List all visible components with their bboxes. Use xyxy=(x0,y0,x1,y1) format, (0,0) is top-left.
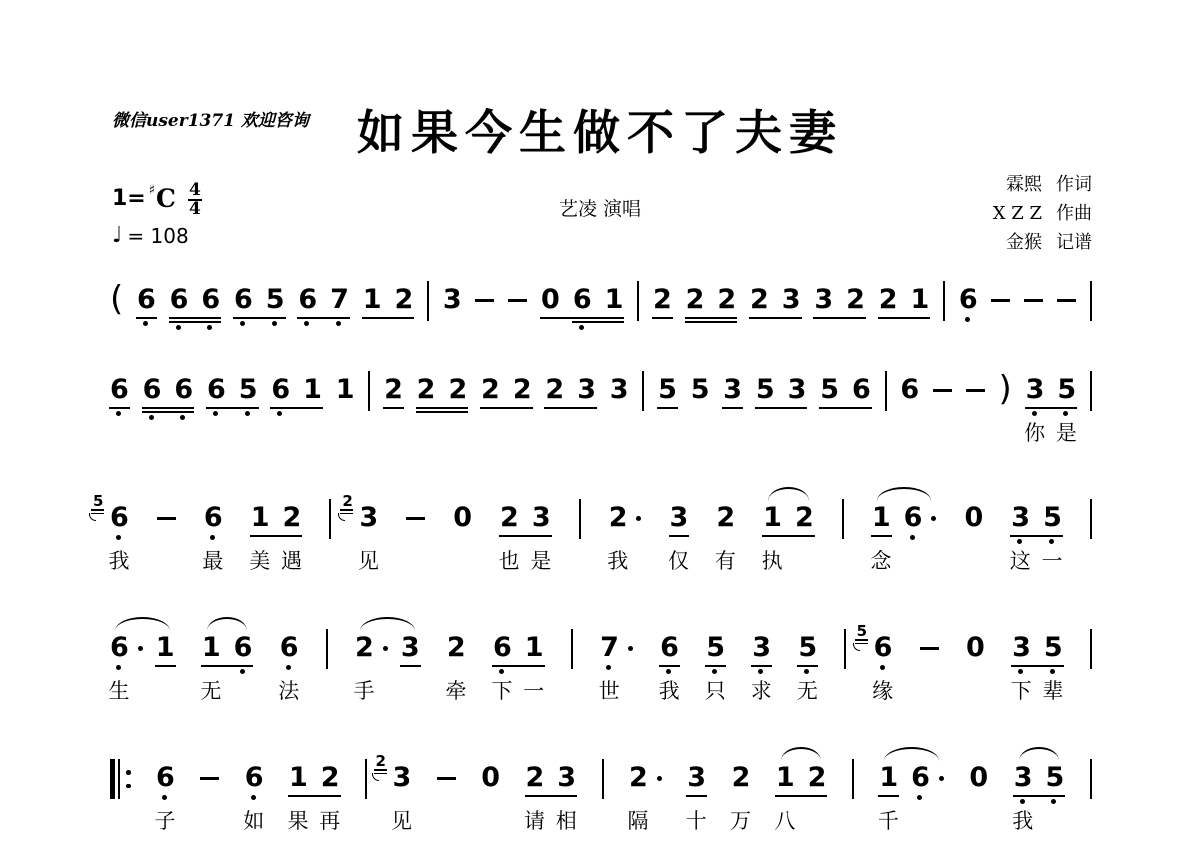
tempo-value: = 108 xyxy=(127,224,188,248)
note: 2 xyxy=(448,375,467,405)
note-number: 0 xyxy=(453,503,472,533)
note: 1执 xyxy=(763,503,782,533)
barline xyxy=(368,371,370,411)
octave-dot-row xyxy=(234,669,251,674)
note: 1一 xyxy=(525,633,544,663)
slur-group: 6生1 xyxy=(110,633,175,663)
augmentation-dot xyxy=(138,646,143,651)
barline xyxy=(602,759,604,799)
beam-line xyxy=(819,407,872,409)
octave-dot-row xyxy=(904,535,921,540)
repeat-sign xyxy=(110,759,131,799)
note-number: 2 xyxy=(500,503,519,533)
beam-group: 22 xyxy=(481,375,532,405)
note-number: 2 xyxy=(526,763,545,793)
octave-dot-row xyxy=(493,669,510,674)
note: 2牵 xyxy=(447,633,466,663)
note: 2遇 xyxy=(282,503,301,533)
beam-line xyxy=(878,795,899,797)
note: 5只 xyxy=(706,633,725,663)
beam-group: 67 xyxy=(298,285,349,315)
score-line: 56我6最1美2遇23见02也3是2我3仅2有1执21念603这5一 xyxy=(110,503,1092,547)
barline xyxy=(642,371,644,411)
lyric: 缘 xyxy=(872,680,893,702)
beam-group: 23 xyxy=(545,375,596,405)
note: 6生 xyxy=(110,633,143,663)
beam-group: 3下5辈 xyxy=(1012,633,1063,663)
note-number: 6 xyxy=(900,375,919,405)
note-number: 3 xyxy=(814,285,833,315)
octave-dot-row xyxy=(204,535,221,540)
low-octave-dot xyxy=(251,795,256,800)
note: 2 xyxy=(384,375,403,405)
octave-dot-row xyxy=(110,535,127,540)
sustain-dash xyxy=(1024,299,1043,302)
note-number: 2 xyxy=(653,285,672,315)
low-octave-dot xyxy=(277,411,282,416)
note: 6 xyxy=(298,285,317,315)
low-octave-dot xyxy=(240,669,245,674)
note: 2再 xyxy=(321,763,340,793)
lyric: 一 xyxy=(1042,550,1063,572)
note: 6 xyxy=(207,375,226,405)
beam-group: 65 xyxy=(207,375,258,405)
octave-dot-row xyxy=(298,321,315,326)
beam-group: 32 xyxy=(814,285,865,315)
note-number: 6 xyxy=(110,633,129,663)
note: 2 xyxy=(686,285,705,315)
note: 0 xyxy=(964,503,983,533)
note: 3 xyxy=(782,285,801,315)
beam-line xyxy=(155,665,176,667)
score-line: 6子6如1果2再23见02请3相2隔3十2万1八21千603我5 xyxy=(110,763,1092,807)
note-number: 6 xyxy=(911,763,930,793)
note: 3 xyxy=(788,375,807,405)
note: 5无 xyxy=(798,633,817,663)
barline xyxy=(1090,499,1092,539)
octave-dot-row xyxy=(239,411,256,416)
note-number: 6 xyxy=(298,285,317,315)
note-number: 6 xyxy=(170,285,189,315)
note-number: 1 xyxy=(879,763,898,793)
beam-line xyxy=(362,317,415,319)
tempo-marking: ♩ = 108 xyxy=(112,224,189,248)
beam-line xyxy=(797,665,818,667)
note: 2隔 xyxy=(629,763,662,793)
low-octave-dot xyxy=(213,411,218,416)
note: 5 xyxy=(756,375,775,405)
note: 5一 xyxy=(1043,503,1062,533)
lyric: 万 xyxy=(730,810,751,832)
note-number: 1 xyxy=(303,375,322,405)
beam-line xyxy=(169,321,222,323)
note-number: 6 xyxy=(137,285,156,315)
beam-group: 6 xyxy=(137,285,156,315)
note: 3 xyxy=(401,633,420,663)
slur-group: 1无6 xyxy=(202,633,253,663)
note: 6 xyxy=(234,633,253,663)
beam-group: 66 xyxy=(143,375,194,405)
note-number: 6 xyxy=(874,633,893,663)
note: 3 xyxy=(577,375,596,405)
octave-dot-row xyxy=(156,795,173,800)
sustain-dash xyxy=(966,389,985,392)
lyric: 千 xyxy=(878,810,899,832)
note-number: 6 xyxy=(493,633,512,663)
note-number: 3 xyxy=(401,633,420,663)
note-number: 6 xyxy=(959,285,978,315)
octave-dot-row xyxy=(110,411,127,416)
beam-line xyxy=(270,407,323,409)
barline xyxy=(326,629,328,669)
beam-line xyxy=(705,665,726,667)
note-number: 3 xyxy=(687,763,706,793)
lyricist-role: 作词 xyxy=(1056,170,1092,199)
octave-dot-row xyxy=(201,325,218,330)
lyric: 遇 xyxy=(281,550,302,572)
beam-group: 3我5 xyxy=(1014,763,1065,793)
low-octave-dot xyxy=(162,795,167,800)
barline xyxy=(579,499,581,539)
composer-role: 作曲 xyxy=(1056,199,1092,228)
barline xyxy=(427,281,429,321)
note-number: 2 xyxy=(732,763,751,793)
note: 2有 xyxy=(716,503,735,533)
beam-line xyxy=(1013,795,1066,797)
lyric: 见 xyxy=(358,550,379,572)
note-number: 2 xyxy=(282,503,301,533)
slur-group: 1执2 xyxy=(763,503,814,533)
lyric: 下 xyxy=(491,680,512,702)
low-octave-dot xyxy=(666,669,671,674)
barline xyxy=(1090,371,1092,411)
note-number: 3 xyxy=(1012,633,1031,663)
sharp-icon: ♯ xyxy=(149,184,155,197)
lyric: 世 xyxy=(599,680,620,702)
lyric: 八 xyxy=(774,810,795,832)
note-number: 3 xyxy=(1011,503,1030,533)
note: 2 xyxy=(808,763,827,793)
note-number: 2 xyxy=(395,285,414,315)
note-number: 5 xyxy=(756,375,775,405)
note-number: 2 xyxy=(686,285,705,315)
low-octave-dot xyxy=(116,411,121,416)
note: 2 xyxy=(545,375,564,405)
beam-group: 6 xyxy=(110,375,129,405)
note-number: 5 xyxy=(1043,503,1062,533)
beam-line xyxy=(1011,665,1064,667)
note-number: 1 xyxy=(525,633,544,663)
note-number: 2 xyxy=(795,503,814,533)
note-number: 2 xyxy=(846,285,865,315)
note: 6 xyxy=(852,375,871,405)
lyric: 美 xyxy=(249,550,270,572)
grace-slur-hook xyxy=(372,773,379,781)
beam-line xyxy=(297,317,350,319)
note-number: 1 xyxy=(251,503,270,533)
octave-dot-row xyxy=(600,665,617,670)
note-number: 6 xyxy=(156,763,175,793)
repeat-dot xyxy=(126,784,131,789)
note-number: 3 xyxy=(393,763,412,793)
low-octave-dot xyxy=(176,325,181,330)
note: 5辈 xyxy=(1044,633,1063,663)
augmentation-dot xyxy=(939,776,944,781)
barline xyxy=(885,371,887,411)
beam-group: 12 xyxy=(363,285,414,315)
sustain-dash xyxy=(933,389,952,392)
note: 3仅 xyxy=(670,503,689,533)
octave-dot-row xyxy=(110,665,127,670)
note-number: 3 xyxy=(723,375,742,405)
note: 3 xyxy=(443,285,462,315)
lyric: 隔 xyxy=(628,810,649,832)
note-number: 1 xyxy=(336,375,355,405)
beam-line xyxy=(871,535,892,537)
beam-line xyxy=(480,407,533,409)
note: 3我 xyxy=(1014,763,1033,793)
note: 2万 xyxy=(732,763,751,793)
low-octave-dot xyxy=(1051,799,1056,804)
note: 6 xyxy=(900,375,919,405)
note: 2我 xyxy=(609,503,642,533)
lyric: 我 xyxy=(1012,810,1033,832)
lyric: 生 xyxy=(109,680,130,702)
low-octave-dot xyxy=(207,325,212,330)
barline xyxy=(852,759,854,799)
grace-number: 2 xyxy=(342,493,352,509)
note-number: 5 xyxy=(1057,375,1076,405)
lyric: 相 xyxy=(556,810,577,832)
note: 3求 xyxy=(752,633,771,663)
meter-numerator: 4 xyxy=(189,183,201,198)
note-number: 6 xyxy=(573,285,592,315)
note: 1美 xyxy=(251,503,270,533)
beam-line xyxy=(233,317,286,319)
note: 1无 xyxy=(202,633,221,663)
note: 6子 xyxy=(156,763,175,793)
low-octave-dot xyxy=(336,321,341,326)
low-octave-dot xyxy=(1017,539,1022,544)
octave-dot-row xyxy=(266,321,283,326)
note: 2 xyxy=(417,375,436,405)
note: 6 xyxy=(110,375,129,405)
slur-group: 2手3 xyxy=(355,633,420,663)
lyric: 手 xyxy=(354,680,375,702)
beam-group: 1果2再 xyxy=(289,763,340,793)
note-number: 2 xyxy=(629,763,648,793)
note-number: 2 xyxy=(355,633,374,663)
beam-line xyxy=(499,535,552,537)
lyric: 如 xyxy=(243,810,264,832)
note-number: 6 xyxy=(110,375,129,405)
beam-line xyxy=(659,665,680,667)
beam-group: 21 xyxy=(879,285,930,315)
octave-dot-row xyxy=(798,669,815,674)
beam-line xyxy=(775,795,828,797)
note: 6 xyxy=(904,503,937,533)
note: 6 xyxy=(573,285,592,315)
octave-dot-row xyxy=(911,795,928,800)
barline xyxy=(1090,759,1092,799)
barline xyxy=(571,629,573,669)
beam-line xyxy=(525,795,578,797)
lyric: 我 xyxy=(607,550,628,572)
beam-group: 3十 xyxy=(687,763,706,793)
note-number: 3 xyxy=(1026,375,1045,405)
low-octave-dot xyxy=(1063,411,1068,416)
lyric: 一 xyxy=(523,680,544,702)
note-number: 6 xyxy=(245,763,264,793)
lyric: 也 xyxy=(499,550,520,572)
beam-line xyxy=(572,321,625,323)
augmentation-dot xyxy=(657,776,662,781)
beam-line xyxy=(685,321,738,323)
beam-group: 61 xyxy=(271,375,322,405)
lyric: 是 xyxy=(1056,422,1077,444)
octave-dot-row xyxy=(1014,799,1031,804)
transcriber-name: 金猴 xyxy=(1006,228,1042,257)
note: 6如 xyxy=(245,763,264,793)
note: 3相 xyxy=(557,763,576,793)
lyric: 牵 xyxy=(445,680,466,702)
grace-number: 5 xyxy=(857,623,867,639)
note-number: 5 xyxy=(1045,763,1064,793)
note: 2 xyxy=(513,375,532,405)
beam-group: 5无 xyxy=(798,633,817,663)
beam-group: 1执2 xyxy=(763,503,814,533)
beam-group: 061 xyxy=(541,285,623,315)
beam-group: 3这5一 xyxy=(1011,503,1062,533)
note: 1 xyxy=(156,633,175,663)
note: 5 xyxy=(239,375,258,405)
octave-dot-row xyxy=(137,321,154,326)
note: 5 xyxy=(266,285,285,315)
barline xyxy=(329,499,331,539)
note-number: 5 xyxy=(798,633,817,663)
low-octave-dot xyxy=(1050,669,1055,674)
beam-line xyxy=(206,407,259,409)
low-octave-dot xyxy=(116,665,121,670)
beam-line xyxy=(136,317,157,319)
note-number: 6 xyxy=(207,375,226,405)
note-number: 5 xyxy=(266,285,285,315)
beam-group: 5 xyxy=(658,375,677,405)
beam-group: 1无6 xyxy=(202,633,253,663)
note: 2 xyxy=(717,285,736,315)
barline xyxy=(842,499,844,539)
note: 1千 xyxy=(879,763,898,793)
beam-group: 2也3是 xyxy=(500,503,551,533)
note-number: 6 xyxy=(234,285,253,315)
low-octave-dot xyxy=(917,795,922,800)
grace-beam-line xyxy=(340,509,353,511)
note-number: 1 xyxy=(776,763,795,793)
octave-dot-row xyxy=(280,665,297,670)
lyric: 你 xyxy=(1024,422,1045,444)
score-line: 666656112222223355353566)3你5是 xyxy=(110,375,1092,419)
quarter-note-icon: ♩ xyxy=(112,225,122,247)
note-number: 6 xyxy=(204,503,223,533)
beam-group: 1美2遇 xyxy=(251,503,302,533)
note: 6 xyxy=(201,285,220,315)
note-number: 6 xyxy=(234,633,253,663)
beam-line xyxy=(540,317,624,319)
note-number: 3 xyxy=(577,375,596,405)
note-number: 5 xyxy=(658,375,677,405)
octave-dot-row xyxy=(1026,411,1043,416)
low-octave-dot xyxy=(149,415,154,420)
beam-line xyxy=(1025,407,1078,409)
note: 7世 xyxy=(600,633,633,663)
note-number: 1 xyxy=(363,285,382,315)
low-octave-dot xyxy=(304,321,309,326)
sustain-dash xyxy=(157,517,176,520)
lyric: 法 xyxy=(278,680,299,702)
lyric: 是 xyxy=(530,550,551,572)
beam-line xyxy=(669,535,690,537)
note: 1 xyxy=(303,375,322,405)
grace-note: 5 xyxy=(93,493,103,509)
beam-line xyxy=(685,317,738,319)
note: 2 xyxy=(846,285,865,315)
note: 5 xyxy=(820,375,839,405)
note-number: 5 xyxy=(1044,633,1063,663)
octave-dot-row xyxy=(143,415,160,420)
note: 1 xyxy=(911,285,930,315)
note: 3这 xyxy=(1011,503,1030,533)
lyric: 我 xyxy=(659,680,680,702)
sustain-dash xyxy=(406,517,425,520)
note: 56我 xyxy=(110,503,129,533)
note-number: 2 xyxy=(750,285,769,315)
note-number: 2 xyxy=(447,633,466,663)
lyricist-credit: 霖熙 作词 xyxy=(993,170,1092,199)
note: 6 xyxy=(234,285,253,315)
note-number: 0 xyxy=(966,633,985,663)
barline xyxy=(943,281,945,321)
note: 5 xyxy=(691,375,710,405)
note-number: 6 xyxy=(280,633,299,663)
note-number: 1 xyxy=(202,633,221,663)
beam-line xyxy=(652,317,673,319)
score-line: 6生11无66法2手32牵6下1一7世6我5只3求5无56缘03下5辈 xyxy=(110,633,1092,677)
beam-group: 22 xyxy=(686,285,737,315)
beam-line xyxy=(416,411,469,413)
note: 6 xyxy=(271,375,290,405)
beam-line xyxy=(813,317,866,319)
slur-group: 3我5 xyxy=(1014,763,1065,793)
transcriber-credit: 金猴 记谱 xyxy=(993,228,1092,257)
low-octave-dot xyxy=(272,321,277,326)
octave-dot-row xyxy=(1011,539,1028,544)
note-number: 1 xyxy=(872,503,891,533)
lyric: 子 xyxy=(154,810,175,832)
note-number: 3 xyxy=(1014,763,1033,793)
key-letter: C xyxy=(156,186,176,212)
low-octave-dot xyxy=(180,415,185,420)
beam-line xyxy=(142,411,195,413)
credits: 霖熙 作词 X Z Z 作曲 金猴 记谱 xyxy=(993,170,1092,257)
sustain-dash xyxy=(437,777,456,780)
beam-line xyxy=(544,407,597,409)
note: 2手 xyxy=(355,633,388,663)
note: 6 xyxy=(137,285,156,315)
grace-slur-hook xyxy=(89,513,96,521)
note: 6 xyxy=(143,375,162,405)
note: 1八 xyxy=(776,763,795,793)
note: 5是 xyxy=(1057,375,1076,405)
